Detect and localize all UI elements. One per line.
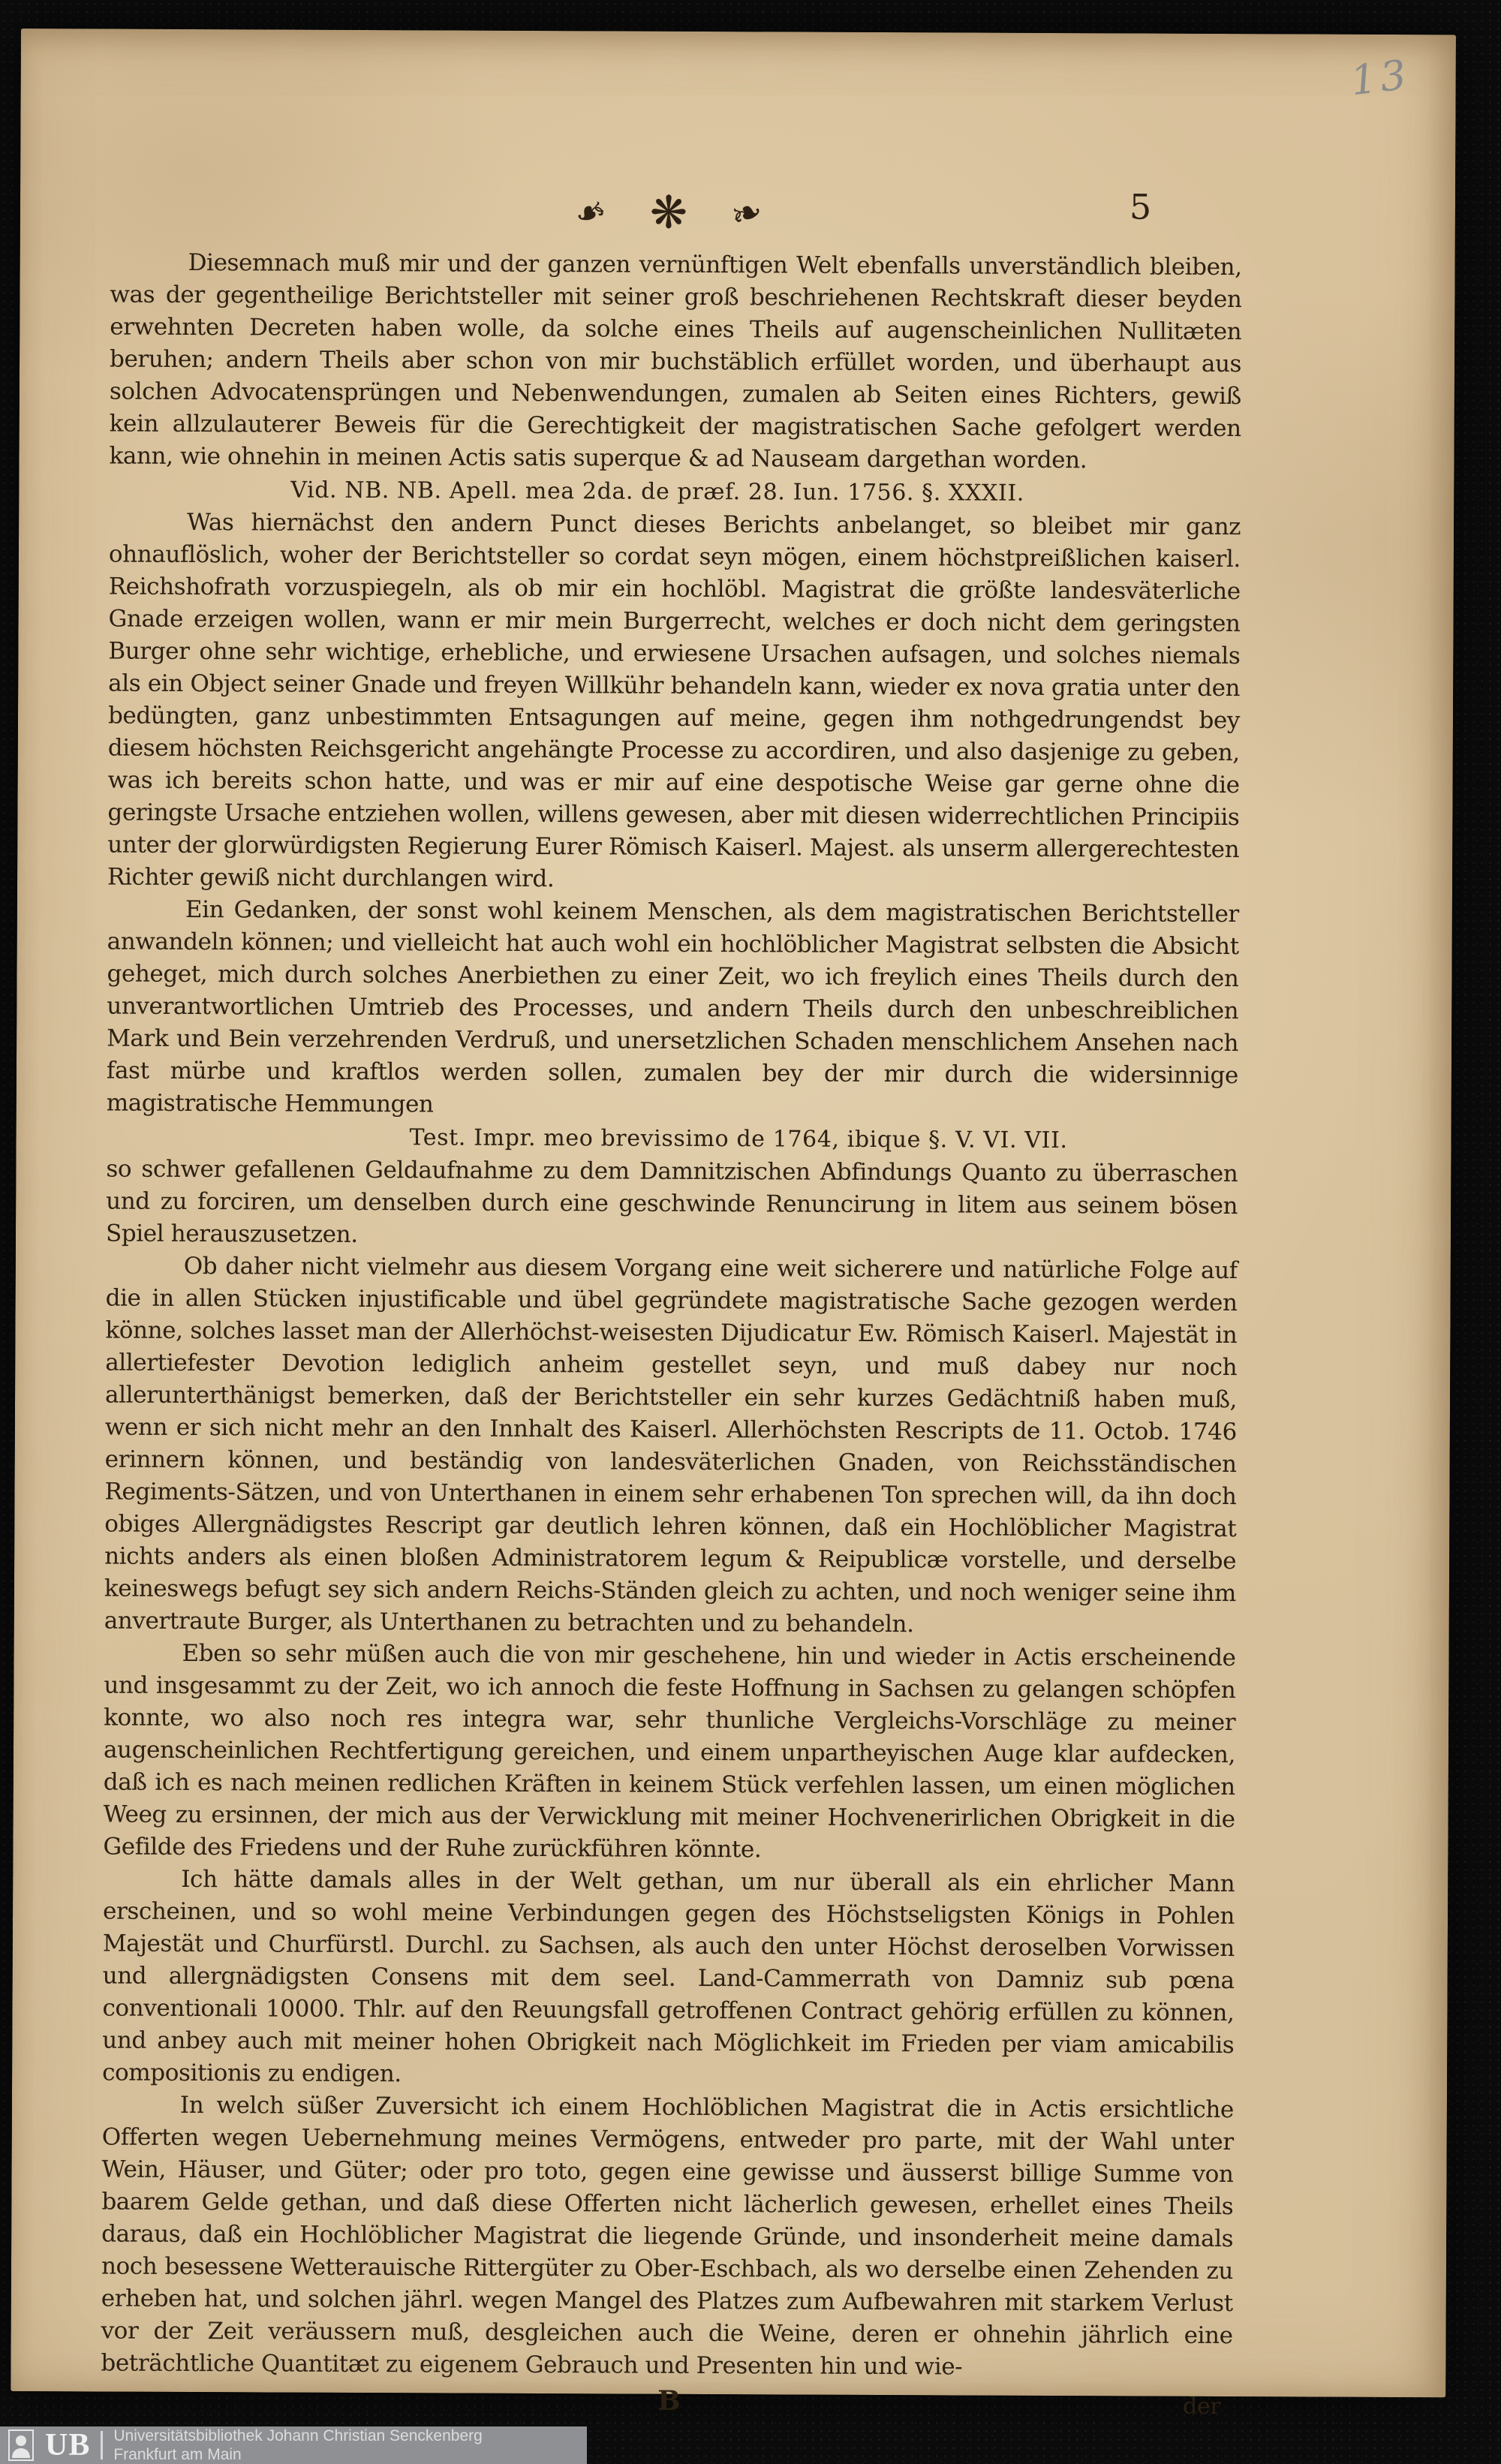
handwritten-folio-number: 13 — [1348, 50, 1412, 104]
library-stamp-banner: UB Universitätsbibliothek Johann Christi… — [0, 2426, 587, 2464]
library-city: Frankfurt am Main — [113, 2446, 241, 2463]
paragraph: Ein Gedanken, der sonst wohl keinem Mens… — [107, 894, 1239, 1125]
library-stamp-text: Universitätsbibliothek Johann Christian … — [113, 2426, 482, 2464]
paragraph-continuation: so schwer gefallenen Geldaufnahme zu dem… — [106, 1154, 1238, 1256]
signature-line: B der — [101, 2382, 1232, 2425]
paragraph: Ich hätte damals alles in der Welt getha… — [102, 1864, 1235, 2095]
senckenberg-portrait-icon — [8, 2429, 35, 2461]
fleuron-left-icon: ❧ — [570, 190, 611, 235]
page-number: 5 — [1130, 186, 1152, 227]
scan-backdrop: 13 ❧ ❋ ❧ 5 Diesemnach muß mir und der ga… — [0, 0, 1501, 2464]
paragraph: In welch süßer Zuversicht ich einem Hoch… — [101, 2089, 1234, 2384]
marginal-citation: Vid. NB. NB. Apell. mea 2da. de præf. 28… — [290, 474, 1241, 511]
signature-mark: B — [657, 2385, 680, 2417]
stamp-divider — [101, 2431, 103, 2459]
paragraph: Eben so sehr müßen auch die von mir gesc… — [103, 1638, 1235, 1869]
fleuron-right-icon: ❧ — [726, 191, 767, 236]
page-body-text: Diesemnach muß mir und der ganzen vernün… — [101, 247, 1242, 2426]
paragraph: Ob daher nicht vielmehr aus diesem Vorga… — [104, 1250, 1238, 1643]
library-name: Universitätsbibliothek Johann Christian … — [113, 2427, 482, 2444]
paragraph: Diesemnach muß mir und der ganzen vernün… — [109, 247, 1241, 478]
header-ornament: ❧ ❋ ❧ — [0, 188, 1386, 239]
ub-logo-text: UB — [45, 2429, 90, 2461]
marginal-citation: Test. Impr. meo brevissimo de 1764, ibiq… — [409, 1121, 1238, 1157]
document-page: 13 ❧ ❋ ❧ 5 Diesemnach muß mir und der ga… — [11, 29, 1456, 2397]
catchword: der — [1183, 2390, 1220, 2423]
paragraph: Was hiernächst den andern Punct dieses B… — [107, 507, 1241, 899]
fleuron-center-icon: ❋ — [650, 191, 688, 236]
